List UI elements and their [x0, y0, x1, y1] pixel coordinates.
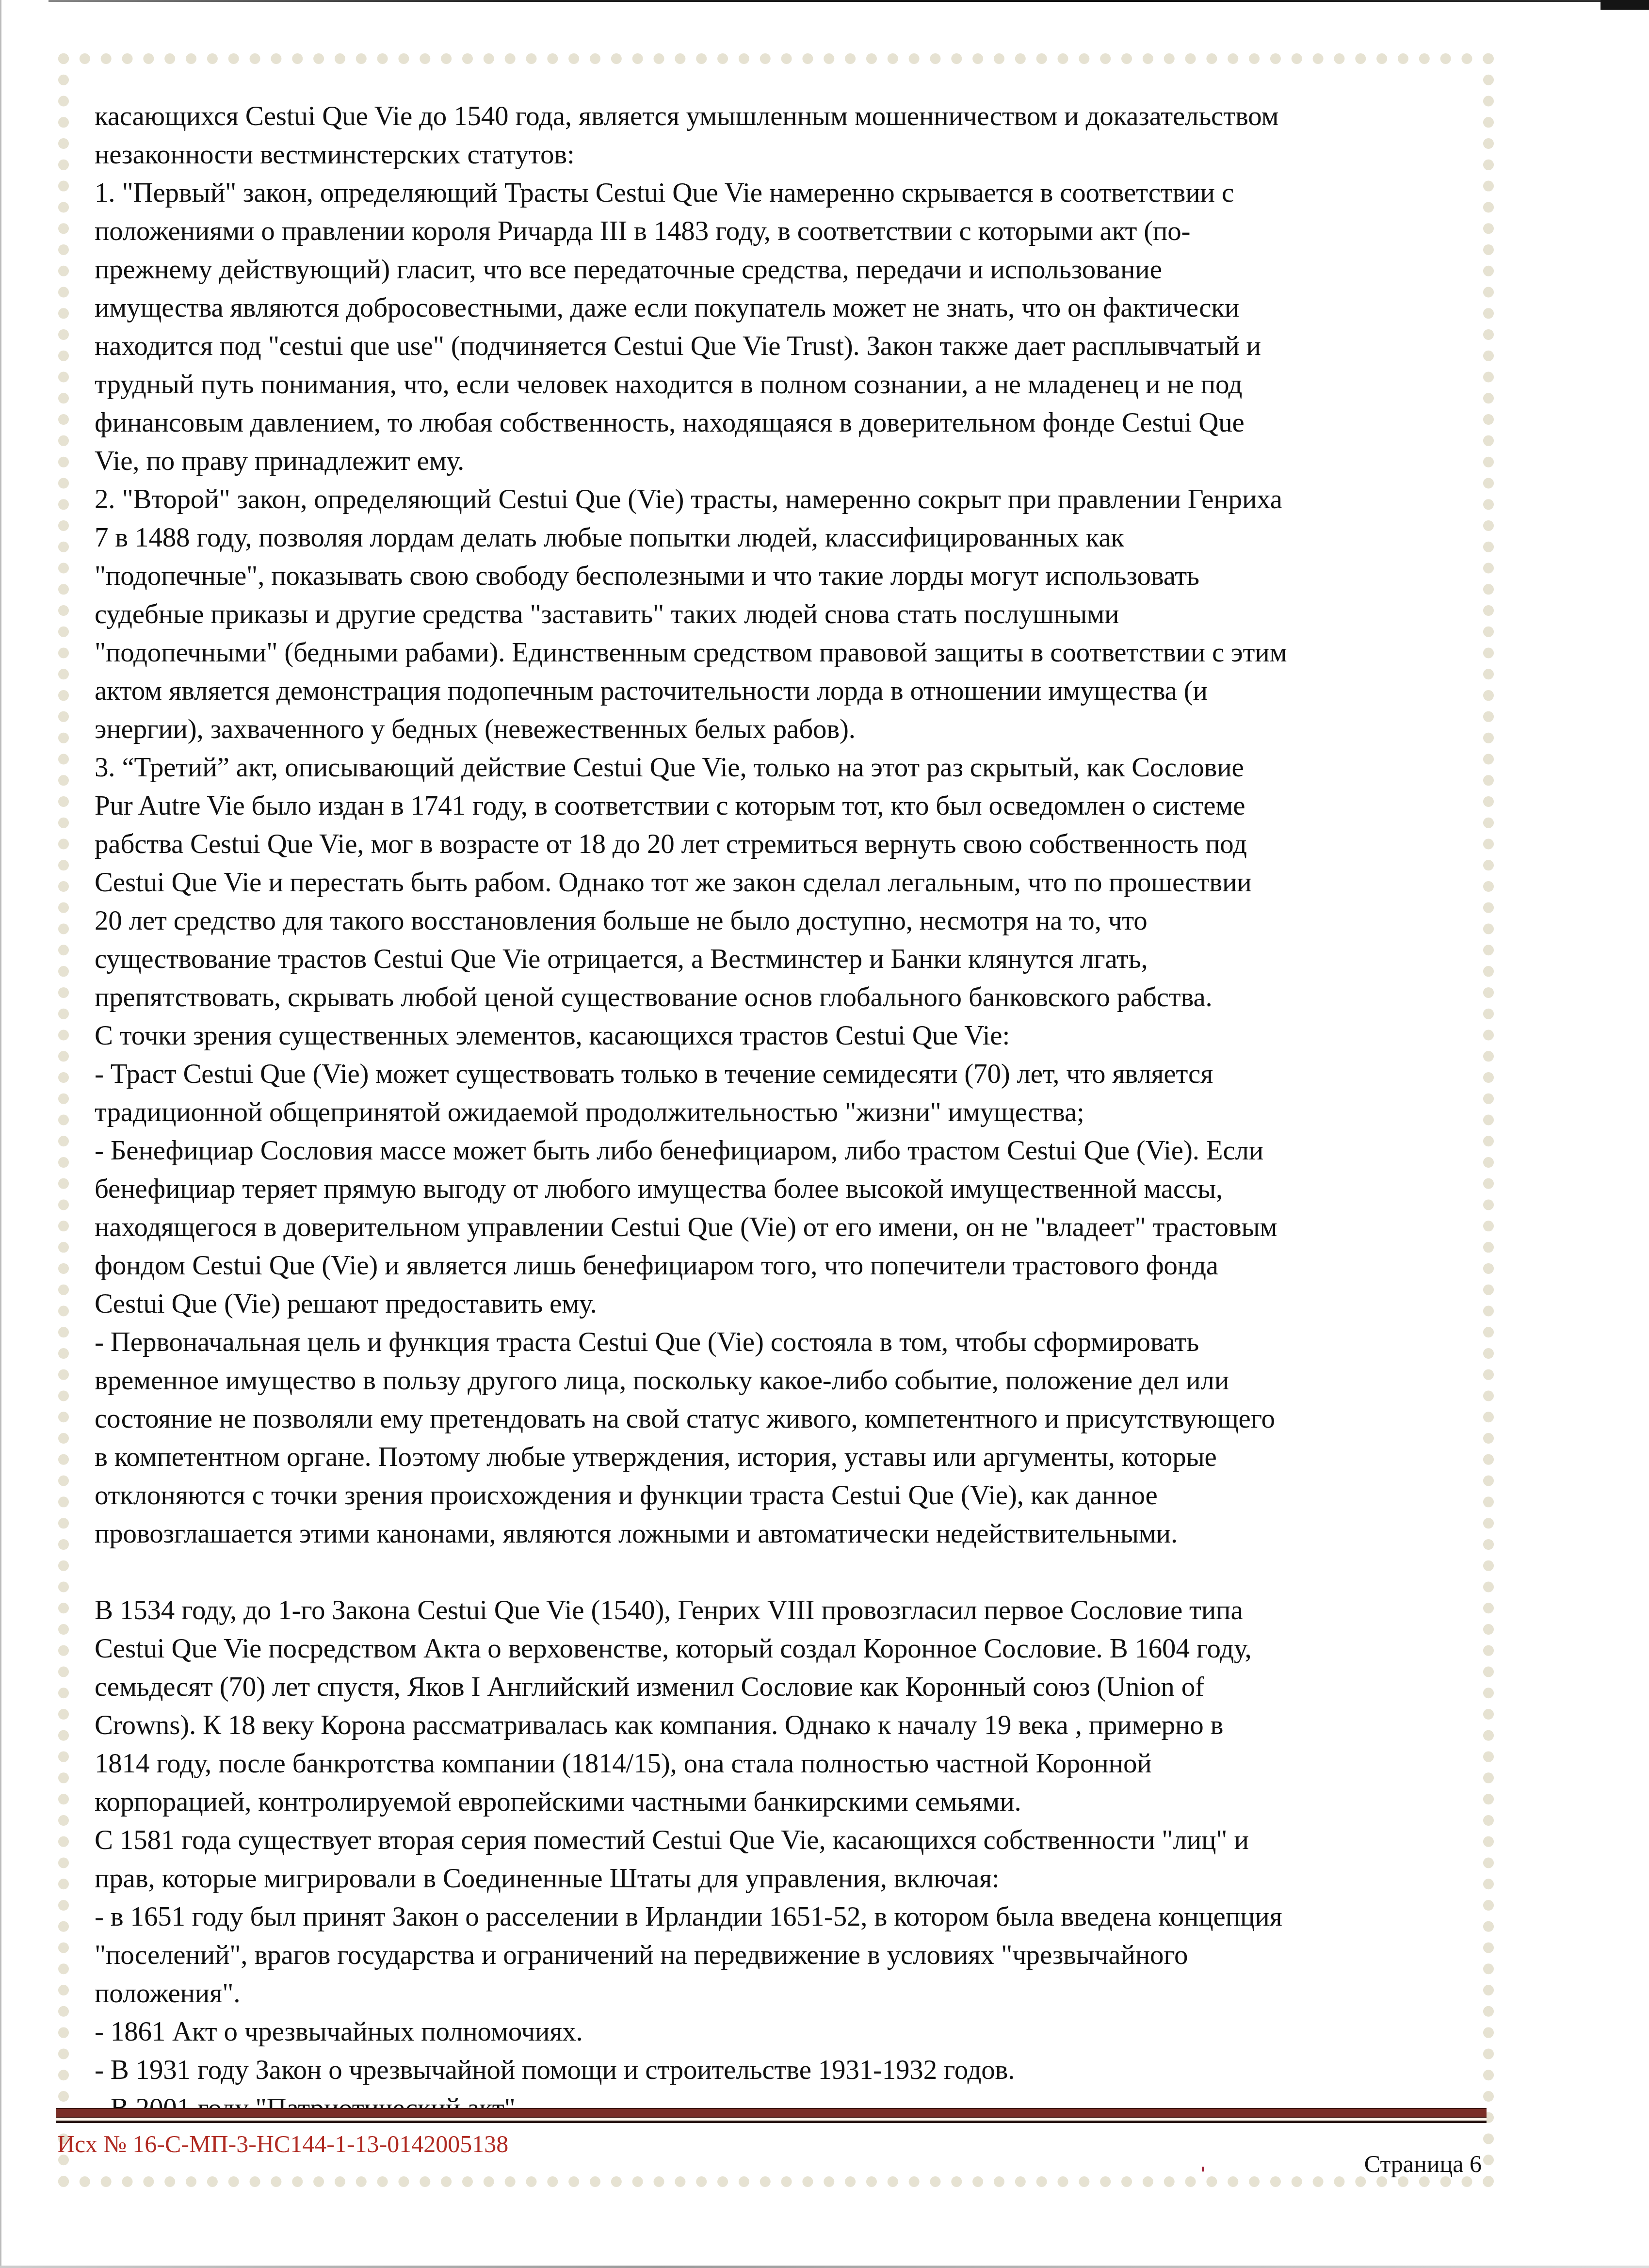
- text-line: трудный путь понимания, что, если челове…: [95, 365, 1501, 403]
- text-line: Crowns). К 18 веку Корона рассматривалас…: [95, 1706, 1501, 1744]
- text-line: "подопечные", показывать свою свободу бе…: [95, 557, 1501, 595]
- text-line: актом является демонстрация подопечным р…: [95, 672, 1501, 710]
- text-line: бенефициар теряет прямую выгоду от любог…: [95, 1170, 1501, 1208]
- text-line: 1. "Первый" закон, определяющий Трасты C…: [95, 174, 1501, 212]
- text-line: состояние не позволяли ему претендовать …: [95, 1399, 1501, 1438]
- paragraph-gap: [95, 1553, 1501, 1591]
- text-line: С точки зрения существенных элементов, к…: [95, 1016, 1501, 1055]
- text-line: Pur Autre Vie было издан в 1741 году, в …: [95, 787, 1501, 825]
- text-line: препятствовать, скрывать любой ценой сущ…: [95, 978, 1501, 1016]
- text-line: касающихся Cestui Que Vie до 1540 года, …: [95, 97, 1501, 135]
- text-line: энергии), захваченного у бедных (невежес…: [95, 710, 1501, 748]
- text-line: положения".: [95, 1974, 1501, 2012]
- text-line: существование трастов Cestui Que Vie отр…: [95, 940, 1501, 978]
- text-line: провозглашается этими канонами, являются…: [95, 1514, 1501, 1553]
- text-line: в компетентном органе. Поэтому любые утв…: [95, 1438, 1501, 1476]
- page-number: Страница 6: [1364, 2150, 1482, 2178]
- footer-rule: [56, 2108, 1487, 2123]
- text-line: незаконности вестминстерских статутов:: [95, 135, 1501, 174]
- text-line: прав, которые мигрировали в Соединенные …: [95, 1859, 1501, 1898]
- text-line: семьдесят (70) лет спустя, Яков I Англий…: [95, 1668, 1501, 1706]
- text-line: находящегося в доверительном управлении …: [95, 1208, 1501, 1246]
- text-line: В 1534 году, до 1-го Закона Cestui Que V…: [95, 1591, 1501, 1629]
- text-line: - в 1651 году был принят Закон о расселе…: [95, 1898, 1501, 1936]
- text-line: прежнему действующий) гласит, что все пе…: [95, 250, 1501, 289]
- text-line: 7 в 1488 году, позволяя лордам делать лю…: [95, 518, 1501, 557]
- text-line: 20 лет средство для такого восстановлени…: [95, 901, 1501, 940]
- text-line: Vie, по праву принадлежит ему.: [95, 442, 1501, 480]
- text-line: - 1861 Акт о чрезвычайных полномочиях.: [95, 2012, 1501, 2051]
- text-line: Cestui Que Vie и перестать быть рабом. О…: [95, 863, 1501, 901]
- text-line: - В 1931 году Закон о чрезвычайной помощ…: [95, 2051, 1501, 2089]
- text-line: "подопечными" (бедными рабами). Единстве…: [95, 633, 1501, 672]
- scan-edge-top: [48, 0, 1600, 2]
- text-line: отклоняются с точки зрения происхождения…: [95, 1476, 1501, 1514]
- text-line: фондом Cestui Que (Vie) и является лишь …: [95, 1246, 1501, 1285]
- text-line: 1814 году, после банкротства компании (1…: [95, 1744, 1501, 1783]
- text-line: рабства Cestui Que Vie, мог в возрасте о…: [95, 825, 1501, 863]
- text-line: "поселений", врагов государства и ограни…: [95, 1936, 1501, 1974]
- footer-rule-thick: [56, 2108, 1487, 2118]
- scan-edge-bottom: [0, 2266, 1649, 2268]
- text-line: временное имущество в пользу другого лиц…: [95, 1361, 1501, 1399]
- text-line: - Первоначальная цель и функция траста C…: [95, 1323, 1501, 1361]
- scan-edge-left: [0, 0, 1, 2268]
- footer-rule-thin: [56, 2121, 1487, 2123]
- text-line: Cestui Que Vie посредством Акта о верхов…: [95, 1629, 1501, 1668]
- document-body: касающихся Cestui Que Vie до 1540 года, …: [95, 97, 1501, 2127]
- text-line: находится под "cestui que use" (подчиняе…: [95, 327, 1501, 365]
- text-line: имущества являются добросовестными, даже…: [95, 289, 1501, 327]
- text-line: - Бенефициар Сословия массе может быть л…: [95, 1131, 1501, 1170]
- text-line: корпорацией, контролируемой европейскими…: [95, 1783, 1501, 1821]
- text-line: - Траст Cestui Que (Vie) может существов…: [95, 1055, 1501, 1093]
- text-line: традиционной общепринятой ожидаемой прод…: [95, 1093, 1501, 1131]
- document-reference-number: Исх № 16-С-МП-3-НС144-1-13-0142005138: [57, 2130, 508, 2158]
- text-line: 3. “Третий” акт, описывающий действие Ce…: [95, 748, 1501, 787]
- text-line: 2. "Второй" закон, определяющий Cestui Q…: [95, 480, 1501, 518]
- text-line: Cestui Que (Vie) решают предоставить ему…: [95, 1285, 1501, 1323]
- text-line: судебные приказы и другие средства "заст…: [95, 595, 1501, 633]
- text-line: С 1581 года существует вторая серия поме…: [95, 1821, 1501, 1859]
- text-line: положениями о правлении короля Ричарда I…: [95, 212, 1501, 250]
- scan-corner-shadow: [1600, 0, 1649, 10]
- text-line: финансовым давлением, то любая собственн…: [95, 403, 1501, 442]
- scan-speck: [1202, 2167, 1204, 2171]
